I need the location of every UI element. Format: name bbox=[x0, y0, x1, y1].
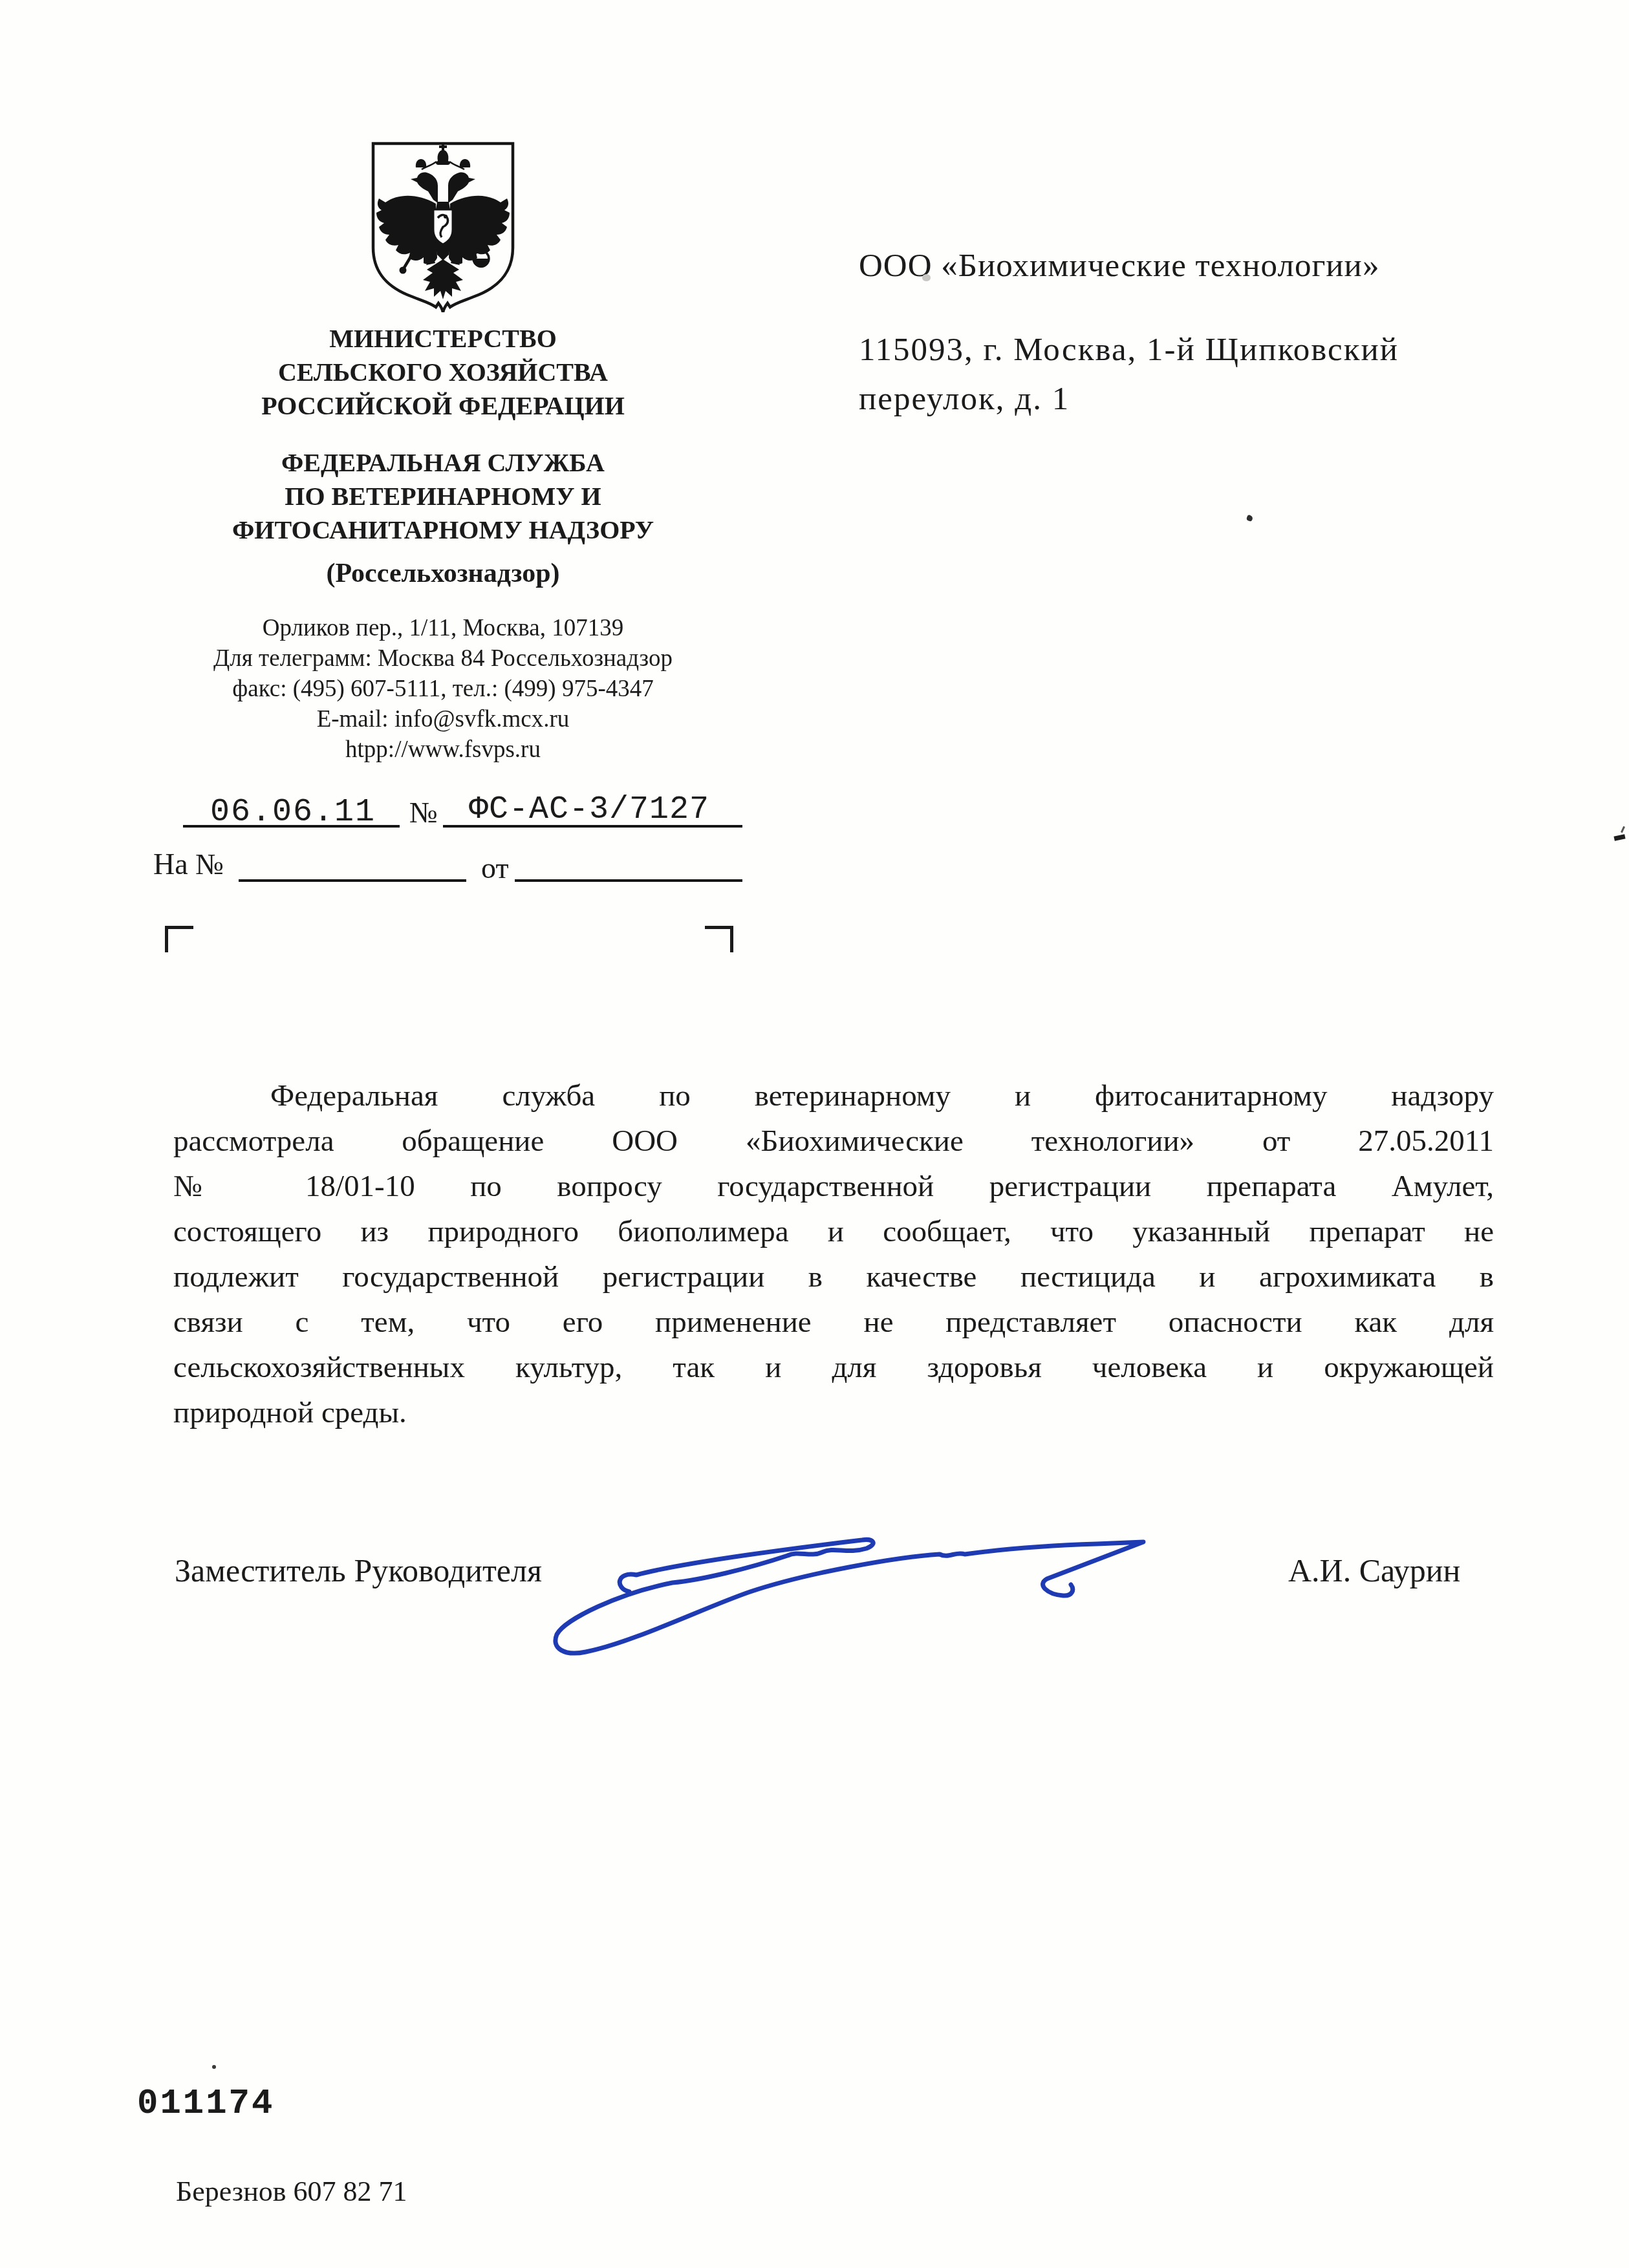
agency-contacts-block: Орликов пер., 1/11, Москва, 107139 Для т… bbox=[149, 613, 737, 765]
ministry-line: МИНИСТЕРСТВО bbox=[149, 322, 737, 356]
letter-number: ФС-АС-3/7127 bbox=[469, 791, 709, 828]
contact-line-address: Орликов пер., 1/11, Москва, 107139 bbox=[149, 613, 737, 643]
ministry-line: РОССИЙСКОЙ ФЕДЕРАЦИИ bbox=[149, 389, 737, 423]
signer-name: А.И. Саурин bbox=[1288, 1552, 1460, 1589]
reply-from-label: от bbox=[481, 851, 509, 885]
corner-mark-right bbox=[730, 926, 733, 952]
ministry-name-block: МИНИСТЕРСТВО СЕЛЬСКОГО ХОЗЯЙСТВА РОССИЙС… bbox=[149, 322, 737, 423]
body-line: № 18/01-10 по вопросу государственной ре… bbox=[173, 1164, 1494, 1210]
scanned-letter-page: МИНИСТЕРСТВО СЕЛЬСКОГО ХОЗЯЙСТВА РОССИЙС… bbox=[0, 0, 1629, 2268]
date-underline bbox=[183, 825, 400, 828]
agency-short-name: (Россельхознадзор) bbox=[149, 557, 737, 590]
recipient-address-line: переулок, д. 1 bbox=[859, 380, 1070, 418]
reply-to-number-label: На № bbox=[153, 847, 224, 881]
body-line: рассмотрела обращение ООО «Биохимические… bbox=[173, 1118, 1494, 1164]
number-sign: № bbox=[409, 795, 438, 829]
reply-number-blank bbox=[239, 879, 466, 882]
handwritten-signature bbox=[535, 1528, 1169, 1664]
body-line: сельскохозяйственных культур, так и для … bbox=[173, 1345, 1494, 1391]
executor-contact: Березнов 607 82 71 bbox=[176, 2175, 407, 2208]
body-line: подлежит государственной регистрации в к… bbox=[173, 1254, 1494, 1300]
scan-speck bbox=[1621, 826, 1625, 833]
scan-speck bbox=[922, 274, 931, 281]
contact-line-website: htpp://www.fsvps.ru bbox=[149, 734, 737, 765]
contact-line-phone: факс: (495) 607-5111, тел.: (499) 975-43… bbox=[149, 674, 737, 704]
service-line: ФЕДЕРАЛЬНАЯ СЛУЖБА bbox=[149, 446, 737, 480]
number-underline bbox=[443, 825, 742, 828]
service-line: ФИТОСАНИТАРНОМУ НАДЗОРУ bbox=[149, 513, 737, 547]
contact-line-email: E-mail: info@svfk.mcx.ru bbox=[149, 704, 737, 734]
reply-date-blank bbox=[515, 879, 742, 882]
corner-mark-right bbox=[705, 926, 733, 929]
scan-speck bbox=[1613, 834, 1625, 840]
corner-mark-left bbox=[165, 926, 193, 929]
scan-speck bbox=[1246, 515, 1254, 522]
recipient-name: ООО «Биохимические технологии» bbox=[859, 247, 1379, 284]
letter-body: Федеральная служба по ветеринарному и фи… bbox=[173, 1073, 1494, 1439]
body-line: состоящего из природного биополимера и с… bbox=[173, 1209, 1494, 1255]
ministry-line: СЕЛЬСКОГО ХОЗЯЙСТВА bbox=[149, 356, 737, 389]
body-line: связи с тем, что его применение не предс… bbox=[173, 1300, 1494, 1345]
body-line: Федеральная служба по ветеринарному и фи… bbox=[173, 1073, 1494, 1119]
contact-line-telegram: Для телеграмм: Москва 84 Россельхознадзо… bbox=[149, 643, 737, 674]
body-line: природной среды. bbox=[173, 1390, 1494, 1436]
service-line: ПО ВЕТЕРИНАРНОМУ И bbox=[149, 480, 737, 513]
service-name-block: ФЕДЕРАЛЬНАЯ СЛУЖБА ПО ВЕТЕРИНАРНОМУ И ФИ… bbox=[149, 446, 737, 547]
scan-speck bbox=[212, 2065, 216, 2069]
document-code: 011174 bbox=[137, 2084, 274, 2124]
signer-title: Заместитель Руководителя bbox=[175, 1552, 542, 1589]
recipient-address-line: 115093, г. Москва, 1-й Щипковский bbox=[859, 331, 1399, 369]
corner-mark-left bbox=[165, 926, 168, 952]
coat-of-arms-icon bbox=[370, 140, 516, 312]
